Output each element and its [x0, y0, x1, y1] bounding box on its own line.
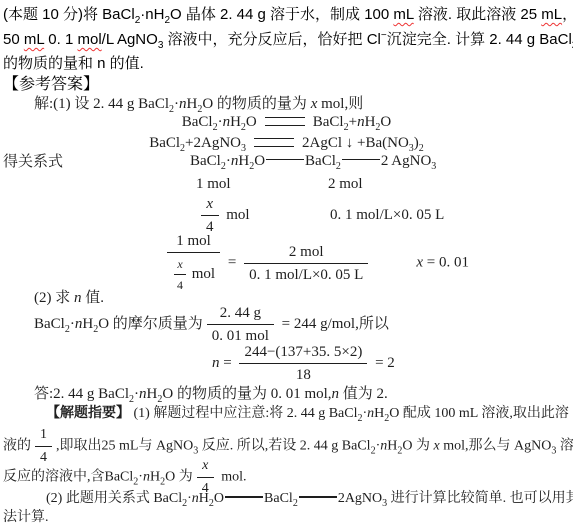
relation-formula: BaCl2·nH2OBaCl22 AgNO3 [190, 151, 436, 171]
chemical-equation-1: BaCl2·nH2OBaCl2+nH2O [0, 112, 573, 132]
amount-agno3-volume: 0. 1 mol/L×0. 05 L [330, 205, 444, 225]
n-value-equation: n = 244−(137+35. 5×2)18 = 2 [212, 342, 395, 385]
relation-label: 得关系式 [3, 152, 63, 172]
question-line-2: 50 mL 0. 1 mol/L AgNO3 溶液中，充分反应后，恰好把 Cl−… [3, 30, 573, 50]
reference-answer-header: 【参考答案】 [3, 75, 99, 95]
guide-line-5: 法计算. [3, 508, 49, 528]
molar-mass-equation: BaCl2·nH2O 的摩尔质量为2. 44 g0. 01 mol = 244 … [34, 303, 389, 346]
chemical-equation-2: BaCl2+2AgNO32AgCl ↓ +Ba(NO3)2 [0, 133, 573, 153]
proportion-equation: 1 molx4 mol = 2 mol0. 1 mol/L×0. 05 Lx =… [163, 231, 469, 295]
solution-intro: 解:(1) 设 2. 44 g BaCl2·nH2O 的物质的量为 x mol,… [34, 94, 363, 114]
guide-line-4: (2) 此题用关系式 BaCl2·nH2OBaCl22AgNO3 进行计算比较简… [46, 489, 573, 509]
mol-value-right: 2 mol [328, 174, 363, 194]
question-line-1: (本题 10 分)将 BaCl2·nH2O 晶体 2. 44 g 溶于水，制成 … [3, 5, 573, 25]
mol-value-left: 1 mol [196, 174, 231, 194]
guide-line-1: 【解题指要】 (1) 解题过程中应注意:将 2. 44 g BaCl2·nH2O… [46, 404, 569, 424]
final-answer-line: 答:2. 44 g BaCl2·nH2O 的物质的量为 0. 01 mol,n … [34, 384, 388, 404]
question-line-3: 的物质的量和 n 的值. [3, 54, 144, 74]
chemistry-problem-document: (本题 10 分)将 BaCl2·nH2O 晶体 2. 44 g 溶于水，制成 … [0, 0, 573, 529]
